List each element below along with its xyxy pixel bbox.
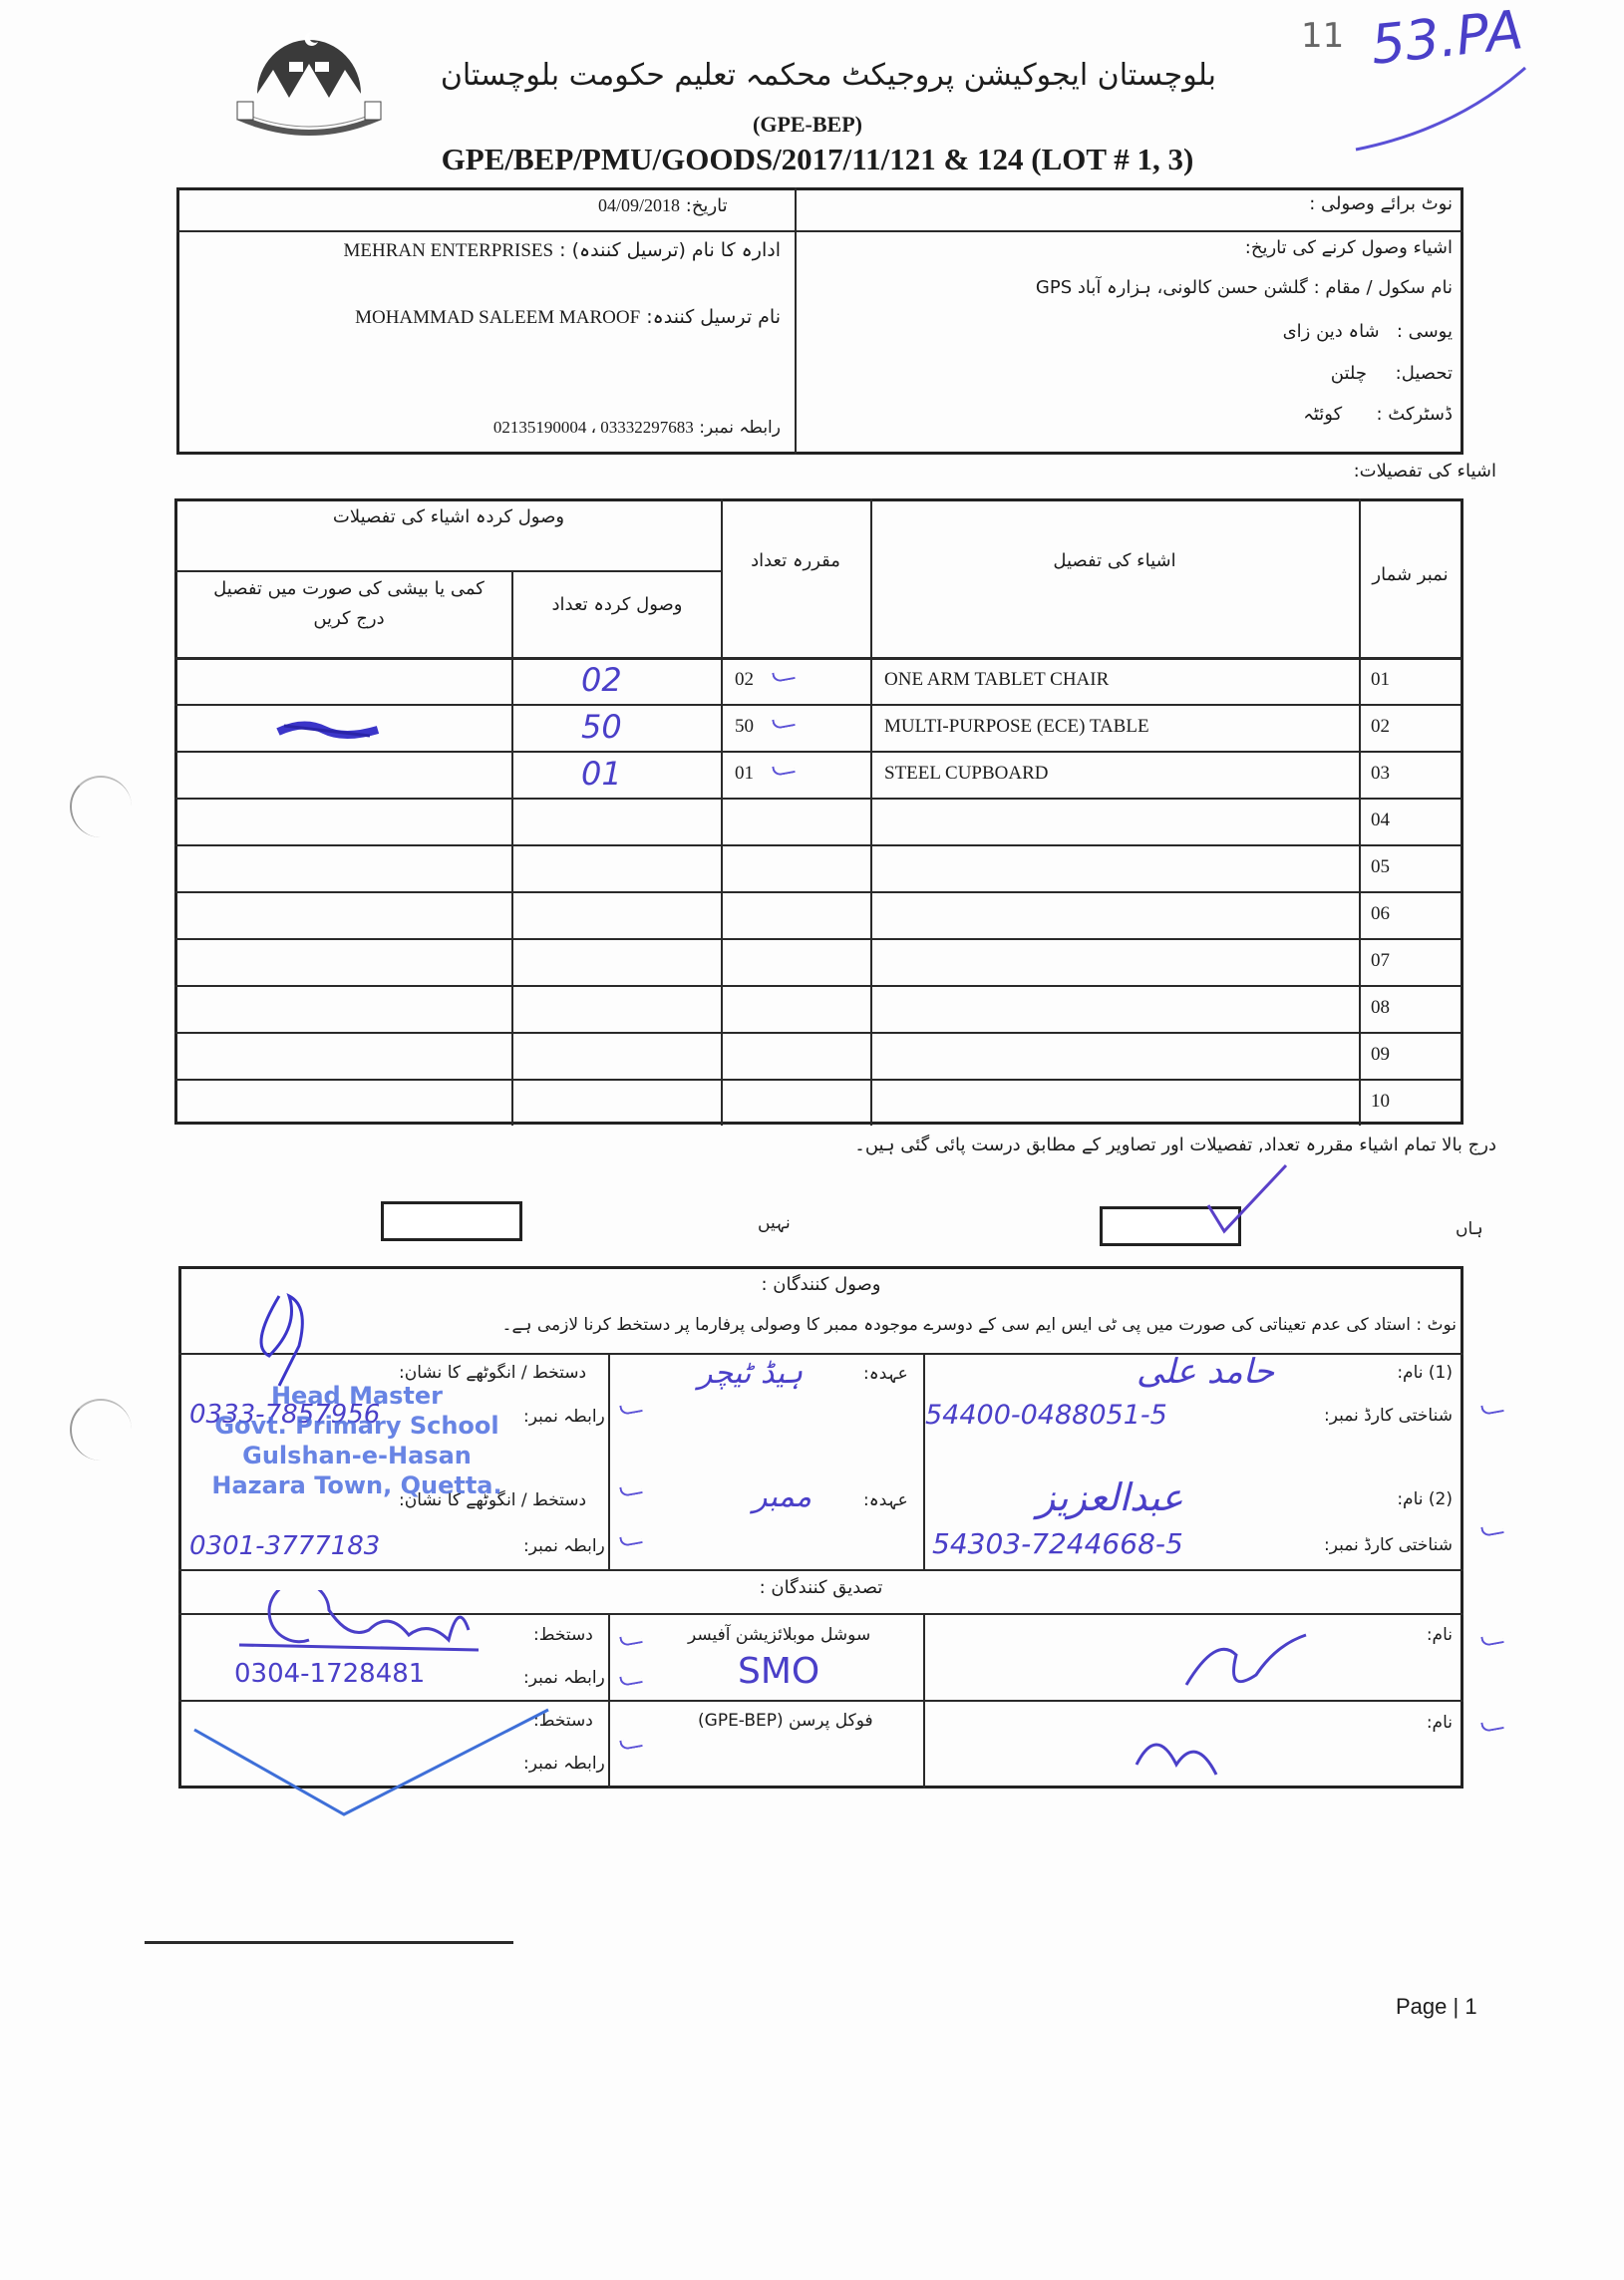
margin-tick-icon bbox=[1480, 1402, 1503, 1416]
row-serial: 04 bbox=[1371, 810, 1461, 831]
header-serial: نمبر شمار bbox=[1359, 564, 1462, 585]
header-allotted-qty: مقررہ تعداد bbox=[721, 550, 870, 571]
reference-number: GPE/BEP/PMU/GOODS/2017/11/121 & 124 (LOT… bbox=[369, 142, 1266, 177]
punch-hole bbox=[70, 776, 132, 837]
divider bbox=[174, 1032, 1462, 1034]
receiver2-cnic-value: 54303-7244668-5 bbox=[932, 1527, 1183, 1560]
sender-field: MOHAMMAD SALEEM MAROOF نام ترسیل کنندہ: bbox=[355, 306, 781, 329]
footnote-rule bbox=[145, 1941, 513, 1944]
receiver1-designation-value: ہیڈ ٹیچر bbox=[698, 1356, 803, 1391]
row-serial: 05 bbox=[1371, 856, 1461, 878]
stamp-line-1: Head Master bbox=[187, 1381, 526, 1411]
verifier1-role-handwritten: SMO bbox=[738, 1651, 819, 1692]
date-field: 04/09/2018 تاریخ: bbox=[598, 195, 728, 216]
row-description: ONE ARM TABLET CHAIR bbox=[884, 669, 1353, 691]
divider bbox=[174, 657, 1462, 660]
verifier1-name-label: نام: bbox=[1427, 1625, 1453, 1645]
receiver2-designation-label: عہدہ: bbox=[863, 1489, 908, 1510]
receiver1-name-value: حامد علی bbox=[1137, 1352, 1274, 1392]
header-shortfall: کمی یا بیشی کی صورت میں تفصیل درج کریں bbox=[199, 574, 498, 634]
divider bbox=[511, 570, 513, 1126]
receivers-title: وصول کنندگان : bbox=[178, 1274, 1463, 1295]
date-value: 04/09/2018 bbox=[598, 195, 680, 215]
supplier-contact-value: 02135190004 ، 03332297683 bbox=[493, 418, 694, 437]
header-received-group: وصول کردہ اشیاء کی تفصیلات bbox=[176, 506, 721, 527]
margin-tick-icon bbox=[1480, 1523, 1503, 1537]
supplier-value: MEHRAN ENTERPRISES bbox=[343, 240, 553, 261]
divider bbox=[608, 1353, 610, 1569]
row-received: 50 bbox=[581, 708, 701, 746]
header-description: اشیاء کی تفصیل bbox=[870, 550, 1359, 571]
receiver1-designation-label: عہدہ: bbox=[863, 1363, 908, 1384]
receiver2-contact-value: 0301-3777183 bbox=[189, 1531, 380, 1561]
school-value: GPS گلشن حسن کالونی، ہزارہ آباد bbox=[1036, 277, 1308, 298]
balochistan-emblem-icon bbox=[229, 18, 389, 146]
header-received-qty: وصول کردہ تعداد bbox=[513, 594, 721, 615]
punch-hole bbox=[70, 1399, 132, 1461]
divider bbox=[174, 891, 1462, 893]
no-label: نہیں bbox=[758, 1212, 791, 1233]
checkmark-icon bbox=[1176, 1161, 1296, 1245]
receiver2-contact-label: رابطہ نمبر: bbox=[523, 1535, 605, 1556]
verifier1-signature-icon bbox=[219, 1590, 518, 1664]
row-received: 01 bbox=[581, 755, 701, 793]
divider bbox=[176, 230, 1463, 232]
margin-tick-icon bbox=[1480, 1633, 1503, 1647]
row-serial: 09 bbox=[1371, 1044, 1461, 1066]
items-section-title: اشیاء کی تفصیلات: bbox=[1354, 461, 1496, 482]
sender-label: نام ترسیل کنندہ: bbox=[646, 306, 781, 328]
district-value: کوئٹہ bbox=[1303, 404, 1342, 425]
verifier2-role: فوکل پرسن (GPE-BEP) bbox=[698, 1711, 873, 1731]
sender-value: MOHAMMAD SALEEM MAROOF bbox=[355, 307, 640, 328]
divider bbox=[174, 704, 1462, 706]
confirmation-statement: درج بالا تمام اشیاء مقررہ تعداد, تفصیلات… bbox=[854, 1135, 1496, 1155]
row-serial: 07 bbox=[1371, 950, 1461, 972]
school-stamp: Head Master Govt. Primary School Gulshan… bbox=[187, 1381, 526, 1500]
verifier2-name-label: نام: bbox=[1427, 1713, 1453, 1733]
receive-date-label: اشیاء وصول کرنے کی تاریخ: bbox=[1245, 237, 1453, 258]
divider bbox=[174, 798, 1462, 800]
stamp-line-4: Hazara Town, Quetta. bbox=[187, 1470, 526, 1500]
signature-icon bbox=[239, 1286, 329, 1400]
verifier1-role: سوشل موبلائزیشن آفیسر bbox=[688, 1625, 870, 1645]
row-serial: 06 bbox=[1371, 903, 1461, 925]
divider bbox=[178, 1569, 1463, 1571]
receiver1-name-label: (1) نام: bbox=[1397, 1363, 1453, 1383]
stamp-line-3: Gulshan-e-Hasan bbox=[187, 1441, 526, 1470]
verifier2-signature-icon bbox=[189, 1705, 568, 1828]
supplier-contact-label: رابطہ نمبر: bbox=[699, 418, 781, 438]
no-checkbox[interactable] bbox=[381, 1201, 522, 1241]
uc-value: شاہ دین زای bbox=[1283, 321, 1380, 342]
receiver2-name-value: عبدالعزیز bbox=[1037, 1475, 1183, 1519]
struck-out-remark-icon bbox=[274, 718, 384, 748]
row-serial: 10 bbox=[1371, 1091, 1461, 1113]
row-serial: 01 bbox=[1371, 669, 1461, 691]
uc-label: یوسی : bbox=[1397, 321, 1453, 342]
row-received: 02 bbox=[581, 661, 701, 699]
margin-tick-icon bbox=[1480, 1719, 1503, 1733]
receiver1-sign-label: دستخط / انگوٹھے کا نشان: bbox=[399, 1362, 586, 1383]
yes-label: ہاں bbox=[1456, 1218, 1483, 1239]
stamp-line-2: Govt. Primary School bbox=[187, 1411, 526, 1441]
divider bbox=[174, 1079, 1462, 1081]
divider bbox=[923, 1613, 925, 1789]
verifier-signature-icon bbox=[1077, 1615, 1356, 1789]
row-description: MULTI-PURPOSE (ECE) TABLE bbox=[884, 716, 1353, 738]
school-field: نام سکول / مقام : GPS گلشن حسن کالونی، ہ… bbox=[1036, 277, 1453, 298]
verifier1-sign-label: دستخط: bbox=[533, 1625, 593, 1645]
receiver2-designation-value: ممبر bbox=[753, 1479, 812, 1514]
receivers-note: نوٹ : استاد کی عدم تعیناتی کی صورت میں پ… bbox=[502, 1314, 1457, 1335]
divider bbox=[174, 985, 1462, 987]
supplier-field: MEHRAN ENTERPRISES ادارہ کا نام (ترسیل ک… bbox=[343, 239, 781, 262]
divider bbox=[923, 1353, 925, 1569]
verifier1-contact-label: رابطہ نمبر: bbox=[523, 1667, 605, 1688]
row-serial: 03 bbox=[1371, 763, 1461, 785]
org-title-urdu: بلوچستان ایجوکیشن پروجیکٹ محکمہ تعلیم حک… bbox=[459, 58, 1216, 93]
school-label: نام سکول / مقام : bbox=[1314, 277, 1453, 298]
district-field: ڈسٹرکٹ : کوئٹہ bbox=[1303, 404, 1453, 425]
tehsil-field: تحصیل: چلتن bbox=[1331, 363, 1453, 384]
receipt-note-label: نوٹ برائے وصولی : bbox=[1309, 193, 1453, 214]
row-serial: 08 bbox=[1371, 997, 1461, 1019]
tehsil-value: چلتن bbox=[1331, 363, 1367, 384]
divider bbox=[174, 844, 1462, 846]
row-description: STEEL CUPBOARD bbox=[884, 763, 1353, 785]
program-label: (GPE-BEP) bbox=[698, 112, 917, 138]
row-serial: 02 bbox=[1371, 716, 1461, 738]
receiver1-cnic-value: 54400-0488051-5 bbox=[925, 1400, 1167, 1431]
page-number: Page | 1 bbox=[1396, 1994, 1477, 2020]
supplier-contact-field: 02135190004 ، 03332297683 رابطہ نمبر: bbox=[493, 417, 781, 438]
divider bbox=[608, 1613, 610, 1789]
receiver1-contact-label: رابطہ نمبر: bbox=[523, 1406, 605, 1427]
receiver1-cnic-label: شناختی کارڈ نمبر: bbox=[1324, 1406, 1453, 1426]
divider bbox=[174, 751, 1462, 753]
receiver2-cnic-label: شناختی کارڈ نمبر: bbox=[1324, 1535, 1453, 1555]
tehsil-label: تحصیل: bbox=[1396, 363, 1453, 384]
divider bbox=[174, 570, 721, 572]
receiver2-name-label: (2) نام: bbox=[1397, 1489, 1453, 1509]
district-label: ڈسٹرکٹ : bbox=[1377, 404, 1454, 425]
handwritten-mark-1: 11 bbox=[1301, 16, 1344, 56]
divider bbox=[795, 187, 797, 455]
uc-field: یوسی : شاہ دین زای bbox=[1283, 321, 1453, 342]
handwritten-stroke-icon bbox=[1346, 60, 1545, 163]
divider bbox=[174, 938, 1462, 940]
date-label: تاریخ: bbox=[686, 195, 728, 216]
supplier-label: ادارہ کا نام (ترسیل کنندہ) : bbox=[559, 239, 781, 261]
